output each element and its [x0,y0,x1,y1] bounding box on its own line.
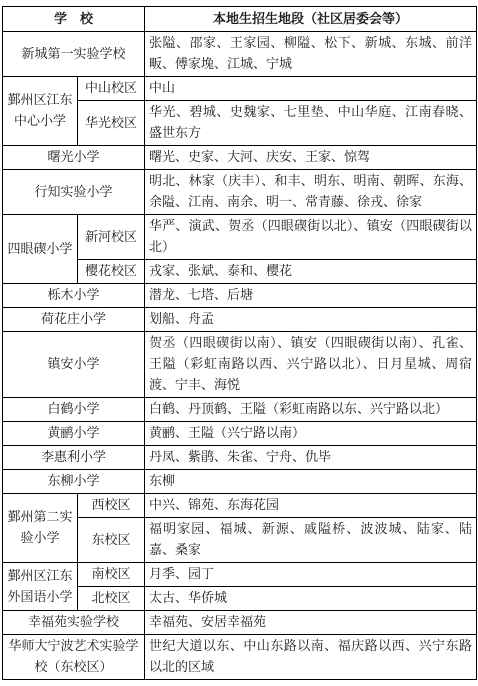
district-cell: 划船、舟孟 [145,308,477,332]
district-cell: 世纪大道以东、中山东路以南、福庆路以西、兴宁东路以北的区域 [145,635,477,680]
school-cell: 黄鹂小学 [3,422,145,446]
campus-cell: 南校区 [78,563,145,587]
district-cell: 幸福苑、安居幸福苑 [145,611,477,635]
school-cell: 鄞州第二实验小学 [3,494,78,563]
school-cell: 栎木小学 [3,284,145,308]
district-cell: 东柳 [145,470,477,494]
district-cell: 华严、演武、贺丞（四眼碶街以北）、镇安（四眼碶街以北） [145,215,477,260]
district-cell: 贺丞（四眼碶街以南）、镇安（四眼碶街以南）、孔雀、王隘（彩虹南路以西、兴宁路以北… [145,332,477,398]
table-row: 鄞州区江东外国语小学南校区月季、园丁 [3,563,477,587]
table-row: 幸福苑实验学校幸福苑、安居幸福苑 [3,611,477,635]
table-row: 鄞州区江东中心小学中山校区中山 [3,77,477,101]
table-row: 李惠利小学丹凤、紫鹃、朱雀、宁舟、仇毕 [3,446,477,470]
page: 学 校 本地生招生地段（社区居委会等） 新城第一实验学校张隘、邵家、王家园、柳隘… [0,0,478,686]
table-row: 行知实验小学明北、林家（庆丰）、和丰、明东、明南、朝晖、东海、余隘、江南、南余、… [3,170,477,215]
table-row: 白鹤小学白鹤、丹顶鹤、王隘（彩虹南路以东、兴宁路以北） [3,398,477,422]
enrollment-table: 学 校 本地生招生地段（社区居委会等） 新城第一实验学校张隘、邵家、王家园、柳隘… [2,6,477,680]
district-cell: 中兴、锦苑、东海花园 [145,494,477,518]
school-cell: 李惠利小学 [3,446,145,470]
district-cell: 丹凤、紫鹃、朱雀、宁舟、仇毕 [145,446,477,470]
table-row: 荷花庄小学划船、舟孟 [3,308,477,332]
table-row: 镇安小学贺丞（四眼碶街以南）、镇安（四眼碶街以南）、孔雀、王隘（彩虹南路以西、兴… [3,332,477,398]
district-cell: 太古、华侨城 [145,587,477,611]
school-cell: 荷花庄小学 [3,308,145,332]
district-cell: 明北、林家（庆丰）、和丰、明东、明南、朝晖、东海、余隘、江南、南余、明一、常青藤… [145,170,477,215]
campus-cell: 樱花校区 [78,260,145,284]
table-body: 新城第一实验学校张隘、邵家、王家园、柳隘、松下、新城、东城、前洋畈、傅家堍、江城… [3,32,477,680]
district-cell: 中山 [145,77,477,101]
campus-cell: 新河校区 [78,215,145,260]
table-row: 新城第一实验学校张隘、邵家、王家园、柳隘、松下、新城、东城、前洋畈、傅家堍、江城… [3,32,477,77]
school-cell: 四眼碶小学 [3,215,78,284]
table-row: 栎木小学潜龙、七塔、后塘 [3,284,477,308]
district-cell: 潜龙、七塔、后塘 [145,284,477,308]
table-row: 四眼碶小学新河校区华严、演武、贺丞（四眼碶街以北）、镇安（四眼碶街以北） [3,215,477,260]
header-district: 本地生招生地段（社区居委会等） [145,7,477,32]
district-cell: 福明家园、福城、新源、戚隘桥、波波城、陆家、陆嘉、桑家 [145,518,477,563]
school-cell: 行知实验小学 [3,170,145,215]
table-row: 东柳小学东柳 [3,470,477,494]
school-cell: 鄞州区江东中心小学 [3,77,78,146]
district-cell: 曙光、史家、大河、庆安、王家、惊驾 [145,146,477,170]
school-cell: 东柳小学 [3,470,145,494]
campus-cell: 西校区 [78,494,145,518]
campus-cell: 北校区 [78,587,145,611]
table-row: 华师大宁波艺术实验学校（东校区）世纪大道以东、中山东路以南、福庆路以西、兴宁东路… [3,635,477,680]
school-cell: 华师大宁波艺术实验学校（东校区） [3,635,145,680]
district-cell: 戎家、张斌、泰和、樱花 [145,260,477,284]
campus-cell: 中山校区 [78,77,145,101]
district-cell: 华光、碧城、史魏家、七里垫、中山华庭、江南春晓、盛世东方 [145,101,477,146]
table-row: 鄞州第二实验小学西校区中兴、锦苑、东海花园 [3,494,477,518]
district-cell: 张隘、邵家、王家园、柳隘、松下、新城、东城、前洋畈、傅家堍、江城、宁城 [145,32,477,77]
school-cell: 白鹤小学 [3,398,145,422]
table-row: 曙光小学曙光、史家、大河、庆安、王家、惊驾 [3,146,477,170]
school-cell: 曙光小学 [3,146,145,170]
district-cell: 月季、园丁 [145,563,477,587]
campus-cell: 东校区 [78,518,145,563]
header-school: 学 校 [3,7,145,32]
district-cell: 黄鹂、王隘（兴宁路以南） [145,422,477,446]
district-cell: 白鹤、丹顶鹤、王隘（彩虹南路以东、兴宁路以北） [145,398,477,422]
header-row: 学 校 本地生招生地段（社区居委会等） [3,7,477,32]
table-row: 黄鹂小学黄鹂、王隘（兴宁路以南） [3,422,477,446]
campus-cell: 华光校区 [78,101,145,146]
school-cell: 幸福苑实验学校 [3,611,145,635]
school-cell: 鄞州区江东外国语小学 [3,563,78,611]
school-cell: 新城第一实验学校 [3,32,145,77]
school-cell: 镇安小学 [3,332,145,398]
